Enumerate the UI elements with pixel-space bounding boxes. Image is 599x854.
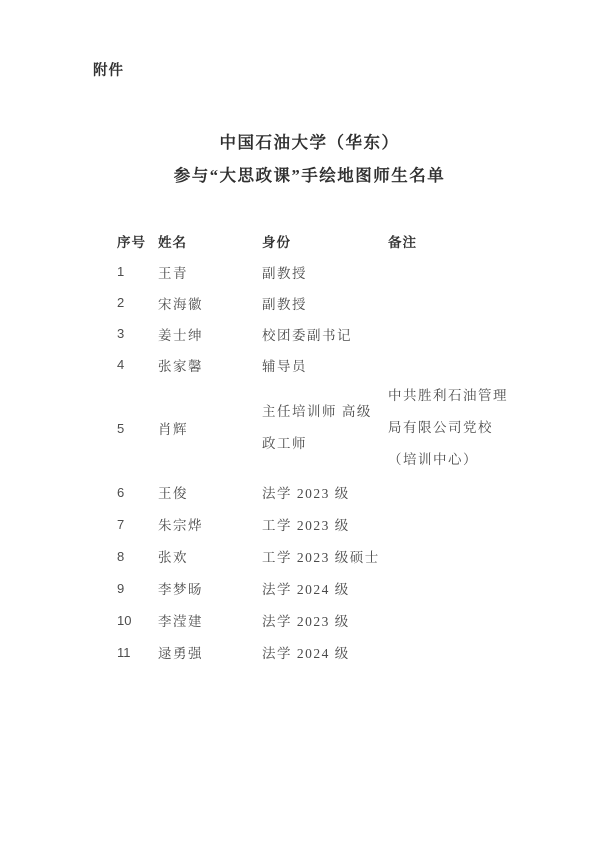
person-remark	[388, 508, 510, 540]
person-name: 逯勇强	[158, 636, 262, 668]
person-name: 姜士绅	[158, 318, 262, 349]
person-identity: 副教授	[262, 256, 388, 287]
row-number: 8	[117, 540, 158, 572]
person-remark	[388, 604, 510, 636]
person-name: 朱宗烨	[158, 508, 262, 540]
person-identity: 工学 2023 级	[262, 508, 388, 540]
person-remark: 中共胜利石油管理局有限公司党校（培训中心）	[388, 380, 510, 476]
column-header-name: 姓名	[158, 226, 262, 256]
person-remark	[388, 349, 510, 380]
document-title: 中国石油大学（华东） 参与“大思政课”手绘地图师生名单	[20, 126, 599, 192]
person-identity-line: 主任培训师 高级	[262, 396, 372, 428]
person-name: 宋海徽	[158, 287, 262, 318]
person-remark	[388, 476, 510, 508]
row-number: 1	[117, 256, 158, 287]
row-number: 4	[117, 349, 158, 380]
title-line-2: 参与“大思政课”手绘地图师生名单	[20, 159, 599, 192]
person-remark	[388, 318, 510, 349]
person-name: 肖辉	[158, 380, 262, 476]
person-remark	[388, 540, 510, 572]
person-remark-line: 中共胜利石油管理	[388, 380, 508, 412]
row-number: 10	[117, 604, 158, 636]
person-identity: 副教授	[262, 287, 388, 318]
person-identity: 法学 2024 级	[262, 636, 388, 668]
title-line-1: 中国石油大学（华东）	[20, 126, 599, 159]
person-identity: 主任培训师 高级政工师	[262, 380, 388, 476]
document-page: 附件 中国石油大学（华东） 参与“大思政课”手绘地图师生名单 序号 姓名 身份 …	[0, 0, 599, 854]
person-identity: 法学 2024 级	[262, 572, 388, 604]
person-name: 王俊	[158, 476, 262, 508]
row-number: 6	[117, 476, 158, 508]
column-header-no: 序号	[117, 226, 158, 256]
row-number: 2	[117, 287, 158, 318]
person-name: 张家馨	[158, 349, 262, 380]
row-number: 3	[117, 318, 158, 349]
person-identity: 工学 2023 级硕士	[262, 540, 388, 572]
person-identity-line: 政工师	[262, 428, 307, 460]
person-identity: 法学 2023 级	[262, 604, 388, 636]
person-remark	[388, 572, 510, 604]
row-number: 7	[117, 508, 158, 540]
row-number: 11	[117, 636, 158, 668]
person-name: 李滢建	[158, 604, 262, 636]
attachment-label: 附件	[93, 59, 124, 80]
person-name: 李梦旸	[158, 572, 262, 604]
person-name: 王青	[158, 256, 262, 287]
person-identity: 校团委副书记	[262, 318, 388, 349]
person-identity: 辅导员	[262, 349, 388, 380]
person-identity: 法学 2023 级	[262, 476, 388, 508]
row-number: 9	[117, 572, 158, 604]
person-remark	[388, 287, 510, 318]
person-remark	[388, 256, 510, 287]
roster-table: 序号 姓名 身份 备注 1王青副教授2宋海徽副教授3姜士绅校团委副书记4张家馨辅…	[117, 226, 510, 668]
person-name: 张欢	[158, 540, 262, 572]
column-header-identity: 身份	[262, 226, 388, 256]
person-remark-line: （培训中心）	[388, 444, 478, 476]
person-remark-line: 局有限公司党校	[388, 412, 493, 444]
row-number: 5	[117, 380, 158, 476]
column-header-remark: 备注	[388, 226, 510, 256]
person-remark	[388, 636, 510, 668]
